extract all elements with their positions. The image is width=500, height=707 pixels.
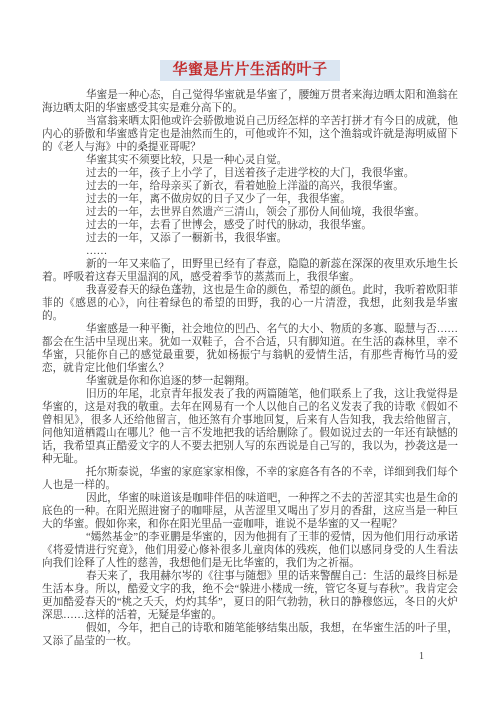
paragraph: 过去的一年，孩子上小学了，目送着孩子走进学校的大门，我很华蜜。: [42, 167, 458, 180]
paragraph: “嫣然基金”的李亚鹏是华蜜的，因为他拥有了王菲的爱情，因为他们用行动承诺《将爱情…: [42, 531, 458, 570]
page-number: 1: [419, 651, 424, 662]
paragraph: 过去的一年，离不做房奴的日子又少了一年，我很华蜜。: [42, 193, 458, 206]
paragraph: 华蜜就是你和你追逐的梦一起翱翔。: [42, 375, 458, 388]
paragraph: 春天来了，我用赫尔岑的《往事与随想》里的话来警醒自己：生活的最终目标是生活本身。…: [42, 570, 458, 622]
paragraph: 因此，华蜜的味道该是咖啡伴侣的味道吧，一种挥之不去的苦涩其实也是生命的底色的一种…: [42, 492, 458, 531]
document-page: 华蜜是片片生活的叶子 华蜜是一种心态，自己觉得华蜜就是华蜜了，腰缠万贯者来海边晒…: [0, 0, 500, 707]
paragraph: 假如，今年，把自己的诗歌和随笔能够结集出版，我想，在华蜜生活的叶子里，又添了晶莹…: [42, 622, 458, 648]
page-title: 华蜜是片片生活的叶子: [0, 0, 500, 82]
paragraph: 新的一年又来临了，田野里已经有了春意，隐隐的新蕊在深深的夜里欢乐地生长着。呼吸着…: [42, 258, 458, 284]
paragraph: 过去的一年，去世界自然遗产三清山，领会了那份人间仙境，我很华蜜。: [42, 206, 458, 219]
paragraph: 华蜜其实不须要比较，只是一种心灵自觉。: [42, 154, 458, 167]
paragraph: 过去的一年，去看了世博会，感受了时代的脉动，我很华蜜。: [42, 219, 458, 232]
paragraph: 托尔斯泰说，华蜜的家庭家家相像，不幸的家庭各有各的不幸，详细到我们每个人也是一样…: [42, 466, 458, 492]
paragraph: 华蜜是一种心态，自己觉得华蜜就是华蜜了，腰缠万贯者来海边晒太阳和渔翁在海边晒太阳…: [42, 89, 458, 115]
paragraph: 过去的一年，给母亲买了新衣，看着她脸上洋溢的高兴，我很华蜜。: [42, 180, 458, 193]
paragraph: 我喜爱春天的绿色蓬勃，这也是生命的颜色，希望的颜色。此时，我听着欧阳菲菲的《感恩…: [42, 284, 458, 323]
document-body: 华蜜是一种心态，自己觉得华蜜就是华蜜了，腰缠万贯者来海边晒太阳和渔翁在海边晒太阳…: [42, 89, 458, 648]
paragraph: 华蜜感是一种平衡，社会地位的凹凸、名气的大小、物质的多寡、聪慧与否……都会在生活…: [42, 323, 458, 375]
paragraph: 旧历的年尾，北京青年报发表了我的两篇随笔，他们联系上了我，这让我觉得是华蜜的，这…: [42, 388, 458, 466]
paragraph: 当富翁来晒太阳他或许会骄傲地说自己历经怎样的辛苦打拼才有今日的成就，他内心的骄傲…: [42, 115, 458, 154]
paragraph: ……: [42, 245, 458, 258]
paragraph: 过去的一年，又添了一橱新书，我很华蜜。: [42, 232, 458, 245]
page-title-text: 华蜜是片片生活的叶子: [160, 60, 339, 81]
